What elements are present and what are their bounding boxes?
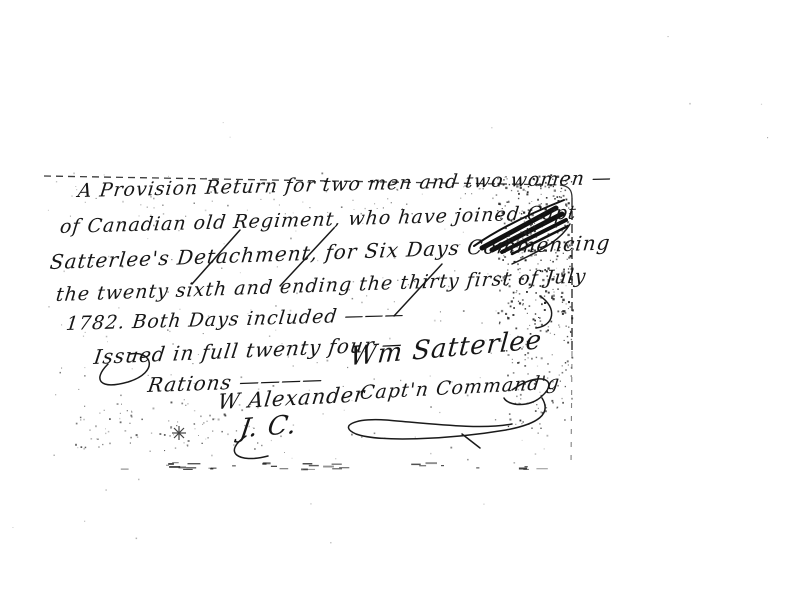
document-scan-region: A Provision Return for two men and two w… xyxy=(42,166,578,472)
handwriting-line-4: the twenty sixth and ending the thirty f… xyxy=(55,265,588,306)
handwriting-line-2: of Canadian old Regiment, who have joine… xyxy=(59,202,578,239)
handwriting-line-5: 1782. Both Days included ——— xyxy=(65,304,406,336)
signature-initials-jc: J. C. xyxy=(238,410,299,444)
signature-title-captn-commanding: Capt'n Command'g xyxy=(359,371,562,404)
bottom-edge-noise xyxy=(121,462,548,470)
scanned-page: A Provision Return for two men and two w… xyxy=(0,0,792,612)
handwriting-line-1: A Provision Return for two men and two w… xyxy=(77,167,613,202)
ink-star-cluster xyxy=(172,426,186,440)
